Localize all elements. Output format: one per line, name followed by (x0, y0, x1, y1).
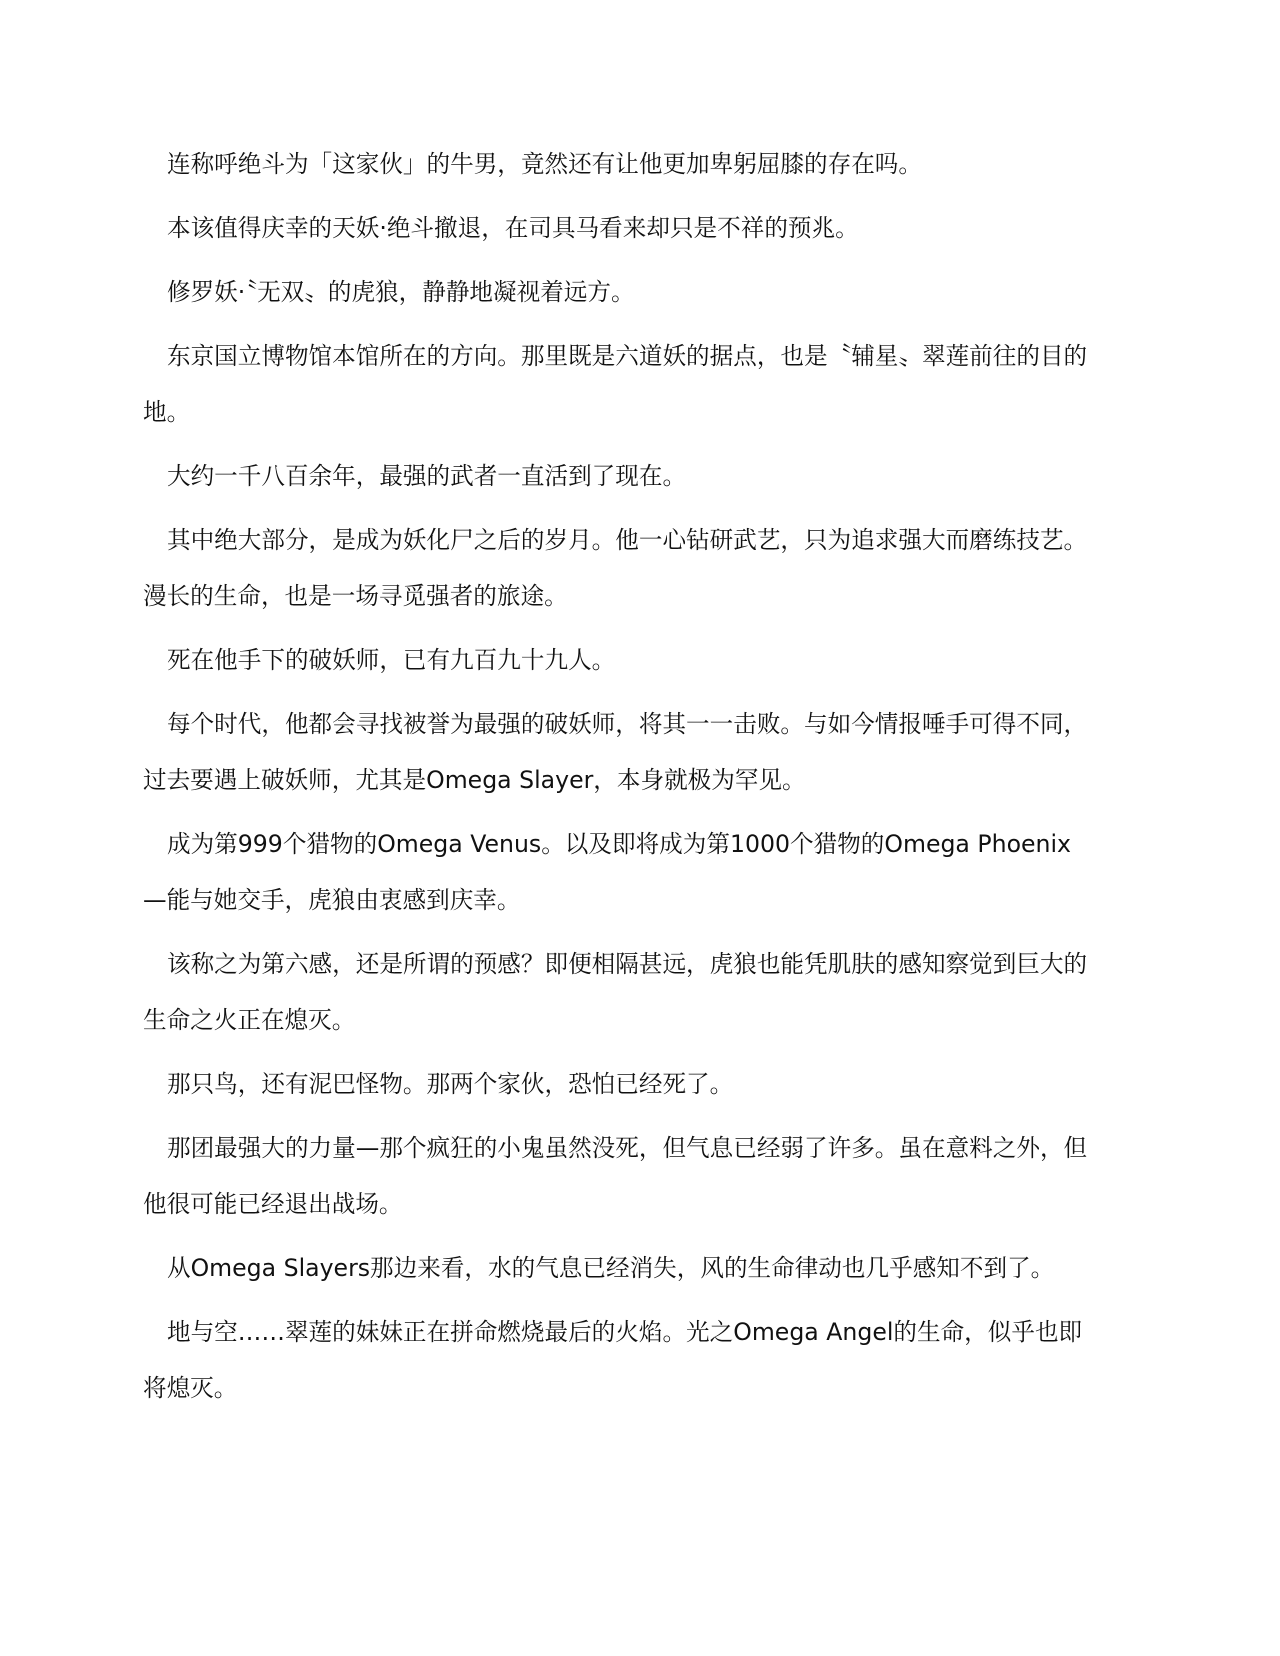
paragraph: 每个时代，他都会寻找被誉为最强的破妖师，将其一一击败。与如今情报唾手可得不同，过… (143, 696, 1089, 808)
paragraph: 从Omega Slayers那边来看，水的气息已经消失，风的生命律动也几乎感知不… (143, 1240, 1089, 1296)
paragraph: 本该值得庆幸的天妖·绝斗撤退，在司具马看来却只是不祥的预兆。 (143, 200, 1089, 256)
paragraph: 那只鸟，还有泥巴怪物。那两个家伙，恐怕已经死了。 (143, 1056, 1089, 1112)
paragraph: 东京国立博物馆本馆所在的方向。那里既是六道妖的据点，也是〝辅星〟翠莲前往的目的地… (143, 328, 1089, 440)
document-body: 连称呼绝斗为「这家伙」的牛男，竟然还有让他更加卑躬屈膝的存在吗。 本该值得庆幸的… (143, 136, 1089, 1424)
paragraph: 该称之为第六感，还是所谓的预感？即便相隔甚远，虎狼也能凭肌肤的感知察觉到巨大的生… (143, 936, 1089, 1048)
paragraph: 连称呼绝斗为「这家伙」的牛男，竟然还有让他更加卑躬屈膝的存在吗。 (143, 136, 1089, 192)
paragraph: 修罗妖·〝无双〟的虎狼，静静地凝视着远方。 (143, 264, 1089, 320)
paragraph: 其中绝大部分，是成为妖化尸之后的岁月。他一心钻研武艺，只为追求强大而磨练技艺。漫… (143, 512, 1089, 624)
paragraph: 那团最强大的力量—那个疯狂的小鬼虽然没死，但气息已经弱了许多。虽在意料之外，但他… (143, 1120, 1089, 1232)
paragraph: 大约一千八百余年，最强的武者一直活到了现在。 (143, 448, 1089, 504)
paragraph: 死在他手下的破妖师，已有九百九十九人。 (143, 632, 1089, 688)
document-page: 连称呼绝斗为「这家伙」的牛男，竟然还有让他更加卑躬屈膝的存在吗。 本该值得庆幸的… (0, 0, 1280, 1656)
paragraph: 成为第999个猎物的Omega Venus。以及即将成为第1000个猎物的Ome… (143, 816, 1089, 928)
paragraph: 地与空……翠莲的妹妹正在拼命燃烧最后的火焰。光之Omega Angel的生命，似… (143, 1304, 1089, 1416)
